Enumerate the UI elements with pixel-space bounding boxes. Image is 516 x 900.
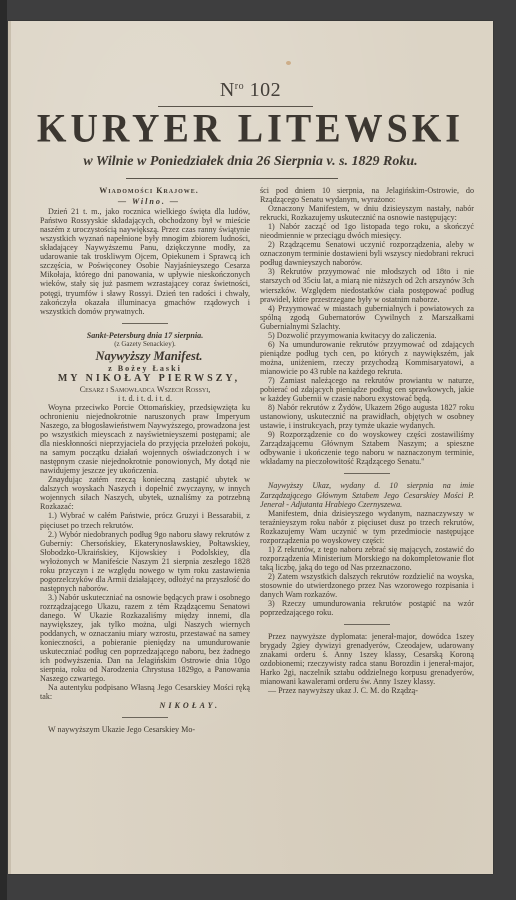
newspaper-page: Nro 102 KURYER LITEWSKI w Wilnie w Ponie… xyxy=(8,21,493,874)
by-grace: z Bożey Łaski xyxy=(40,364,250,373)
dateline: w Wilnie w Poniedziałek dnia 26 Sierpnia… xyxy=(8,154,493,170)
continuation: ści pod dniem 10 sierpnia, na Jelagiński… xyxy=(260,186,474,204)
manifest-item: 2.) Wybór niedobranych podług 9go naboru… xyxy=(40,530,250,593)
scanner-edge xyxy=(0,0,7,900)
decree-item: 2) Rządzącemu Senatowi uczynić rozporząd… xyxy=(260,240,474,267)
paper-stain xyxy=(286,61,291,65)
decree-item: 8) Nabór rekrutów z Żydów, Ukazem 26go a… xyxy=(260,403,474,430)
issue-value: 102 xyxy=(250,79,282,101)
city-heading-petersburg: Sankt-Petersburg dnia 17 sierpnia. xyxy=(40,331,250,340)
left-column: Wiadomości Krajowe. — Wilno. — Dzień 21 … xyxy=(40,186,250,735)
emperor-title: Cesarz i Samowładca Wszech Rossyi, xyxy=(40,385,250,394)
article-wilno: Dzień 21 t. m., jako rocznica wielkiego … xyxy=(40,207,250,316)
decree-paragraph: Oznaczony Manifestem, w dniu dzisieyszym… xyxy=(260,204,474,222)
decree-item: 5) Dozwolić przyymowania kwitacyy do zal… xyxy=(260,331,474,340)
right-column: ści pod dniem 10 sierpnia, na Jelagiński… xyxy=(260,186,474,695)
separator xyxy=(344,624,390,625)
emperor-name: MY NIKOŁAY PIERWSZY, xyxy=(40,373,250,385)
diploma-paragraph: Przez naywyższe dyplomata: jenerał-major… xyxy=(260,632,474,686)
decree-item: 4) Przyymować w miastach gubernialnych i… xyxy=(260,304,474,331)
ukaz-item: 3) Rzeczy umundurowania rekrutów postąpi… xyxy=(260,599,474,617)
decree-item: 1) Nabór zacząć od 1go listopada tego ro… xyxy=(260,222,474,240)
ukaz-item: 1) Z rekrutów, z tego naboru zebrać się … xyxy=(260,545,474,572)
manifest-paragraph: Znaydując zatém rzeczą konieczną zastąpi… xyxy=(40,475,250,511)
dateline-rule xyxy=(126,178,338,179)
decree-item: 7) Zamiast należącego na rekrutów prowia… xyxy=(260,376,474,403)
masthead-title: KURYER LITEWSKI xyxy=(8,106,493,152)
issue-prefix-sup: ro xyxy=(235,81,244,92)
source-note: (z Gazety Senackiey). xyxy=(40,340,250,349)
separator xyxy=(122,717,168,718)
ukaz-intro: Naywyższy Ukaz, wydany d. 10 sierpnia na… xyxy=(260,481,474,508)
separator xyxy=(122,323,168,324)
manifest-paragraph: Woyna przeciwko Porcie Ottomańskiey, prz… xyxy=(40,403,250,475)
decree-item: 3) Rekrutów przyymować nie młodszych od … xyxy=(260,267,474,303)
manifest-item: 3.) Nabór uskuteczniać na osnowie będący… xyxy=(40,593,250,683)
manifest-title: Naywyższy Manifest. xyxy=(40,349,250,364)
issue-number: Nro 102 xyxy=(8,79,493,102)
decree-item: 9) Rozporządzenie co do woyskowey części… xyxy=(260,430,474,466)
signature: NIKOŁAY. xyxy=(40,701,250,710)
city-heading-wilno: — Wilno. — xyxy=(40,197,250,206)
signature-note: Na autentyku podpisano Własną Jego Cesar… xyxy=(40,683,250,701)
ukaz-paragraph: Manifestem, dnia dzisieyszego wydanym, n… xyxy=(260,509,474,545)
section-heading: Wiadomości Krajowe. xyxy=(40,186,250,195)
decree-item: 6) Na umundurowanie rekrutów przyymować … xyxy=(260,340,474,376)
manifest-item: 1.) Wybrać w całém Państwie, prócz Gruzy… xyxy=(40,511,250,529)
closing-line: — Przez naywyższy ukaz J. C. M. do Rządz… xyxy=(260,686,474,695)
issue-prefix: N xyxy=(220,79,235,101)
closing-line: W naywyższym Ukazie Jego Cesarskiey Mo- xyxy=(40,725,250,734)
separator xyxy=(344,473,390,474)
etc-line: i t. d. i t. d. i t. d. xyxy=(40,394,250,403)
ukaz-item: 2) Zatem wszystkich dalszych rekrutów ro… xyxy=(260,572,474,599)
